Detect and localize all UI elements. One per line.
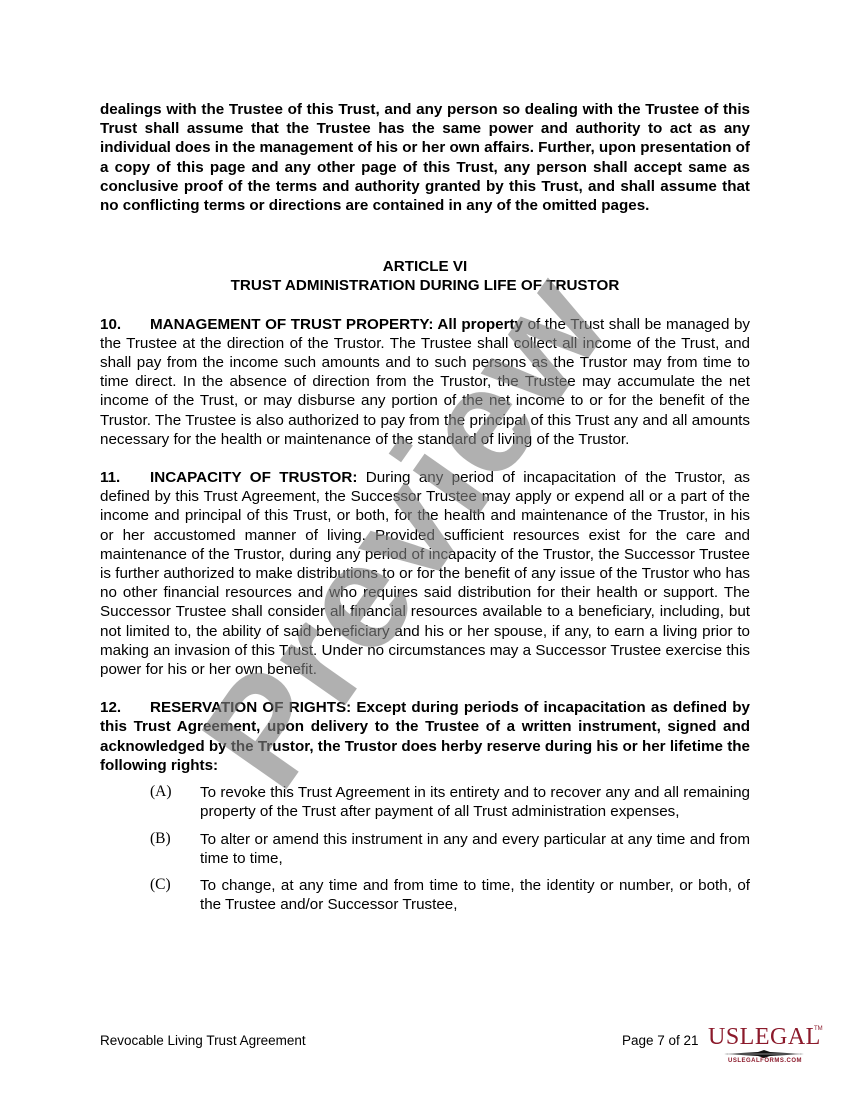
footer-title: Revocable Living Trust Agreement — [100, 1033, 306, 1048]
right-item-b: (B) To alter or amend this instrument in… — [150, 830, 750, 868]
logo-url: USLEGALFORMS.COM — [728, 1058, 802, 1064]
section-body: During any period of incapacitation of t… — [100, 469, 750, 678]
section-11: 11.INCAPACITY OF TRUSTOR: During any per… — [100, 468, 750, 679]
section-heading: RESERVATION OF RIGHTS: Except during per… — [100, 699, 750, 774]
section-12: 12.RESERVATION OF RIGHTS: Except during … — [100, 698, 750, 775]
section-number: 12. — [100, 698, 150, 717]
section-10: 10.MANAGEMENT OF TRUST PROPERTY: All pro… — [100, 315, 750, 449]
section-number: 10. — [100, 315, 150, 334]
eagle-wing-icon — [724, 1050, 804, 1058]
article-title: TRUST ADMINISTRATION DURING LIFE OF TRUS… — [100, 276, 750, 295]
section-heading: MANAGEMENT OF TRUST PROPERTY: All proper… — [150, 316, 523, 333]
right-text: To revoke this Trust Agreement in its en… — [200, 783, 750, 821]
right-item-c: (C) To change, at any time and from time… — [150, 876, 750, 914]
page-number: Page 7 of 21 — [622, 1033, 699, 1048]
document-page: dealings with the Trustee of this Trust,… — [100, 100, 750, 914]
section-heading: INCAPACITY OF TRUSTOR: — [150, 469, 357, 486]
right-item-a: (A) To revoke this Trust Agreement in it… — [150, 783, 750, 821]
right-label: (B) — [150, 830, 200, 868]
right-text: To alter or amend this instrument in any… — [200, 830, 750, 868]
section-number: 11. — [100, 468, 150, 487]
uslegal-logo[interactable]: USLEGAL TM USLEGALFORMS.COM — [706, 1024, 821, 1069]
section-body: of the Trust shall be managed by the Tru… — [100, 316, 750, 448]
logo-text: USLEGAL — [708, 1024, 821, 1050]
logo-trademark: TM — [814, 1026, 823, 1032]
right-label: (C) — [150, 876, 200, 914]
intro-paragraph: dealings with the Trustee of this Trust,… — [100, 100, 750, 215]
right-label: (A) — [150, 783, 200, 821]
article-number: ARTICLE VI — [100, 257, 750, 276]
right-text: To change, at any time and from time to … — [200, 876, 750, 914]
